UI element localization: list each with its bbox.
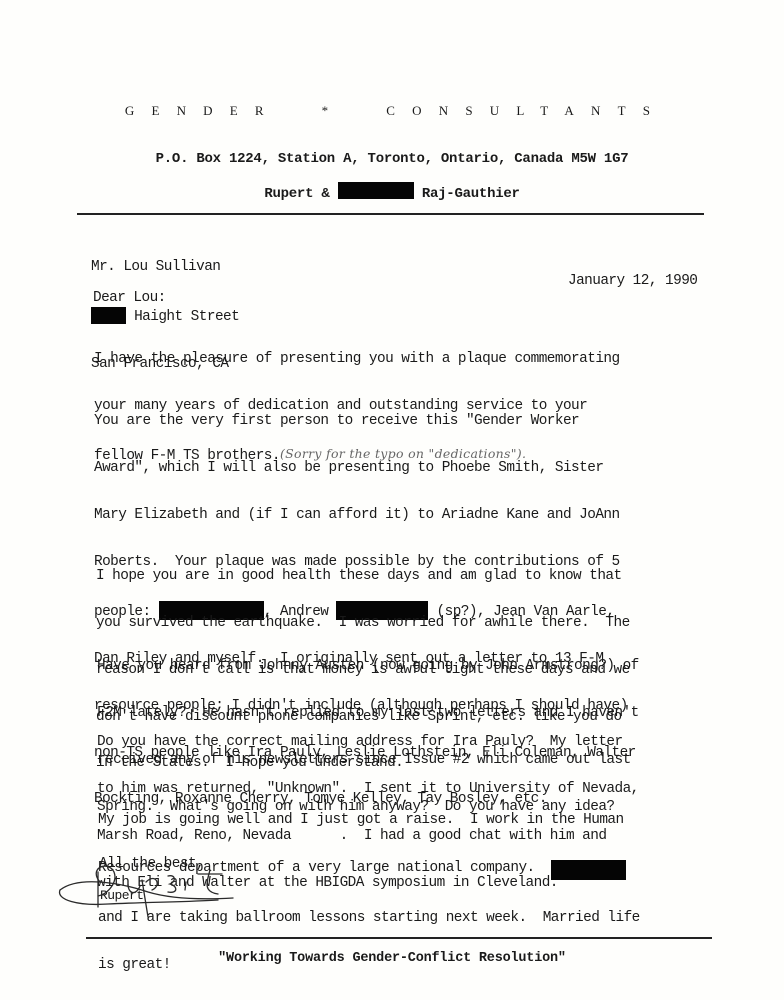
text-line: Do you have the correct mailing address … bbox=[97, 735, 639, 751]
text-line: Have you heard from Johnny Austen (now g… bbox=[97, 659, 639, 675]
text-line: Award", which I will also be presenting … bbox=[94, 461, 636, 477]
text-line: You are the very first person to receive… bbox=[94, 414, 636, 430]
text-line: I hope you are in good health these days… bbox=[96, 569, 630, 585]
salutation: Dear Lou: bbox=[93, 291, 166, 307]
letterhead-owners: Rupert & Raj-Gauthier bbox=[0, 182, 784, 202]
text-line: My job is going well and I just got a ra… bbox=[98, 813, 640, 829]
text-line: Mary Elizabeth and (if I can afford it) … bbox=[94, 508, 636, 524]
letterhead-company-name: GENDER * CONSULTANTS bbox=[0, 103, 784, 119]
letterhead-address: P.O. Box 1224, Station A, Toronto, Ontar… bbox=[0, 151, 784, 167]
owner-first: Rupert & bbox=[264, 186, 337, 202]
footer-motto: "Working Towards Gender-Conflict Resolut… bbox=[0, 951, 784, 967]
header-divider bbox=[77, 213, 704, 215]
owner-surname: Raj-Gauthier bbox=[414, 186, 520, 202]
text-line: I have the pleasure of presenting you wi… bbox=[94, 352, 620, 368]
letter-date: January 12, 1990 bbox=[568, 274, 697, 290]
recipient-name: Mr. Lou Sullivan bbox=[91, 260, 239, 276]
redaction-block bbox=[551, 860, 626, 880]
handwritten-signature bbox=[58, 862, 248, 922]
redaction-block bbox=[338, 182, 414, 199]
footer-divider bbox=[86, 937, 712, 939]
